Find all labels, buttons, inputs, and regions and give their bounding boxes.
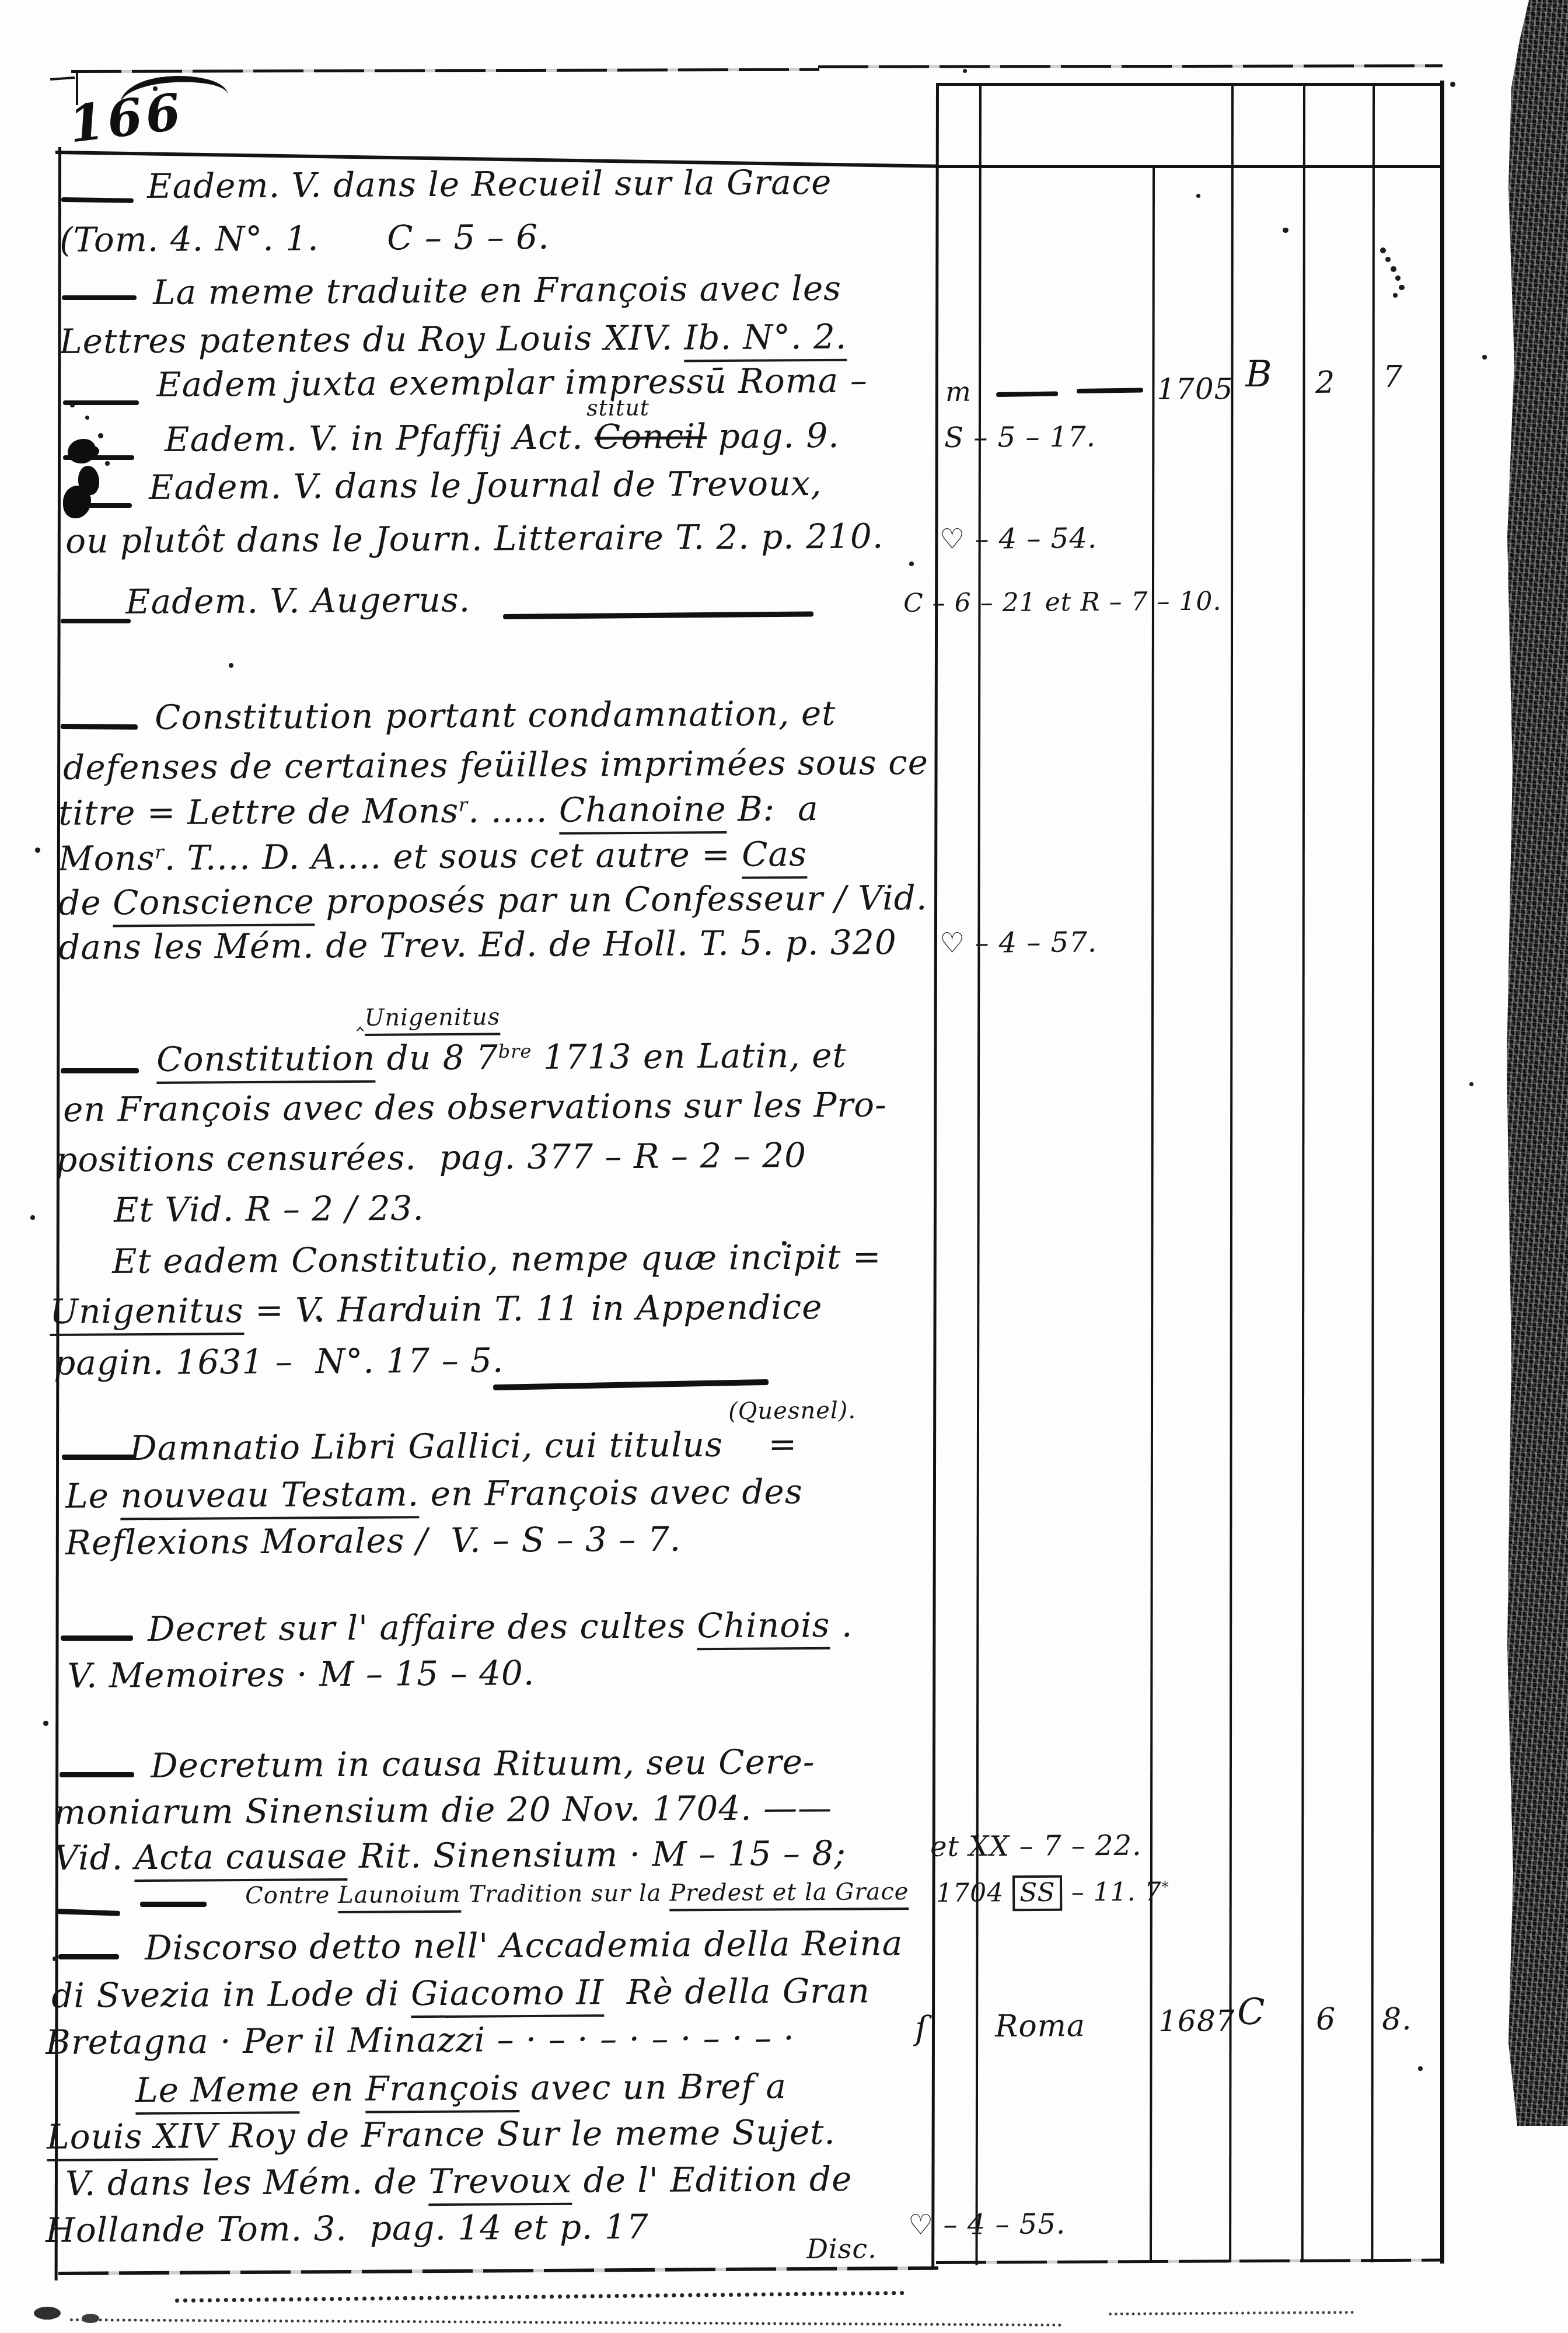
ink-speck	[1385, 257, 1391, 262]
entry1-line2: (Tom. 4. N°. 1. C – 5 – 6.	[60, 220, 550, 257]
entry7-line1: Constitution portant condamnation, et	[155, 696, 836, 734]
entry11-line3: Vid. Acta causae Rit. Sinensium · M – 15…	[54, 1836, 846, 1875]
column-rule-d	[1229, 85, 1234, 2262]
entry14-line1: Le Meme en François avec un Bref a	[135, 2069, 787, 2107]
ink-speck	[153, 86, 158, 91]
col-shelfmark-1704-ss: 1704 SS – 11. 7*	[936, 1879, 1169, 1906]
entry7-line2: defenses de certaines feüilles imprimées…	[63, 745, 928, 784]
entry8-line4: Et Vid. R – 2 ∕ 23.	[114, 1191, 424, 1227]
entry7-line3: titre = Lettre de Monsr. ..... Chanoine …	[58, 791, 819, 830]
col-num-6: 6	[1316, 2004, 1336, 2035]
entry13-line2: di Svezia in Lode di Giacomo II Rè della…	[51, 1973, 870, 2013]
column-rule-c	[1150, 166, 1155, 2263]
entry7-line4: Monsr. T.... D. A.... et sous cet autre …	[58, 837, 807, 876]
col-num-2: 2	[1315, 368, 1335, 398]
col-place-roma: Roma	[995, 2011, 1085, 2042]
entry4-line1: Eadem. V. in Pfaffij Act. Concil pag. 9.	[165, 419, 840, 456]
entry8-line1: Constitution du 8 7bre 1713 en Latin, et	[156, 1038, 847, 1076]
entry14-line4: Hollande Tom. 3. pag. 14 et p. 17	[46, 2210, 649, 2247]
ink-speck	[1399, 285, 1405, 290]
ink-blot	[88, 446, 99, 456]
ink-speck	[35, 848, 40, 853]
entry9-interline-author: (Quesnel).	[728, 1399, 856, 1423]
ink-speck	[1393, 293, 1398, 298]
col-shelfmark-heart-4-55: ♡ – 4 – 55.	[908, 2210, 1066, 2239]
col-ditto-dash-1	[996, 392, 1058, 397]
entry2-line2: Lettres patentes du Roy Louis XIV. Ib. N…	[60, 320, 847, 358]
entry10-dash	[61, 1635, 133, 1641]
ink-speck	[1469, 1082, 1473, 1086]
entry6-line1: Eadem. V. Augerus.	[125, 583, 482, 619]
pen-flourish	[118, 71, 229, 110]
ink-speck	[98, 433, 103, 438]
scan-smudge	[175, 2291, 905, 2303]
col-letter-B: B	[1245, 356, 1273, 392]
ink-speck	[70, 403, 75, 407]
entry2-line1: La meme traduite en François avec les	[153, 271, 841, 309]
col-mark-m: m	[945, 378, 972, 405]
entry13-line1: Discorso detto nell' Accademia della Rei…	[145, 1926, 903, 1965]
table-right-edge-rule	[1440, 81, 1444, 2264]
scan-smudge	[1109, 2311, 1354, 2315]
ink-speck	[1391, 266, 1396, 272]
entry8-line2: en François avec des observations sur le…	[63, 1087, 887, 1127]
entry8-line3: positions censurées. pag. 377 – R – 2 – …	[55, 1138, 806, 1177]
entry9-line1: Damnatio Libri Gallici, cui titulus =	[130, 1427, 797, 1465]
col-shelfmark-heart-4-54: ♡ – 4 – 54.	[940, 524, 1097, 553]
col-letter-C: C	[1237, 1994, 1266, 2030]
ink-speck	[1450, 82, 1455, 87]
ink-speck	[963, 69, 967, 73]
entry9-dash	[62, 1455, 134, 1460]
top-edge-mark	[50, 76, 75, 81]
top-edge-rule-left	[71, 68, 819, 73]
col-shelfmark-xx-7-22: et XX – 7 – 22.	[930, 1832, 1141, 1861]
entry8-filler-line	[493, 1379, 769, 1390]
ink-speck	[1482, 355, 1487, 360]
entry12-dash-1	[57, 1909, 120, 1916]
ink-speck	[1418, 2066, 1423, 2071]
top-edge-rule-right	[818, 64, 1443, 68]
entry11-line2: moniarum Sinensium die 20 Nov. 1704. ——	[54, 1791, 832, 1829]
entry13-line3: Bretagna · Per il Minazzi – · – · – · – …	[46, 2021, 795, 2059]
col-shelfmark-c-6-21: C – 6 – 21 et R – 7 – 10.	[903, 589, 1222, 616]
entry10-line1: Decret sur l' affaire des cultes Chinois…	[148, 1608, 853, 1646]
entry5-line1: Eadem. V. dans le Journal de Trevoux,	[149, 466, 822, 504]
col-shelfmark-heart-4-57: ♡ – 4 – 57.	[940, 928, 1097, 957]
entry6-dash	[61, 619, 131, 623]
entry5-line2: ou plutôt dans le Journ. Litteraire T. 2…	[65, 519, 883, 558]
scan-smudge-blob	[34, 2307, 61, 2320]
entry14-line3: V. dans les Mém. de Trevoux de l' Editio…	[65, 2162, 853, 2201]
entry6-filler-line	[503, 611, 813, 619]
bottom-rule-columns	[936, 2258, 1444, 2264]
col-year-1687: 1687	[1158, 2006, 1235, 2036]
top-edge-tick	[76, 71, 78, 105]
entry13-dash	[58, 1954, 119, 1959]
entry11-line1: Decretum in causa Rituum, seu Cere-	[151, 1745, 815, 1783]
entry8-line5: Et eadem Constitutio, nempe quæ incipit …	[112, 1240, 882, 1278]
column-rule-e	[1301, 84, 1305, 2262]
scan-smudge	[70, 2318, 1062, 2327]
entry8-line6: Unigenitus = V. Harduin T. 11 in Appendi…	[50, 1290, 823, 1328]
entry8-interline-title: ‸Unigenitus	[356, 1005, 500, 1030]
entry10-line2: V. Memoires · M – 15 – 40.	[67, 1656, 535, 1693]
entry9-line2: Le nouveau Testam. en François avec des	[65, 1474, 803, 1513]
book-gutter-shadow	[1504, 0, 1568, 2126]
entry1-line1: Eadem. V. dans le Recueil sur la Grace	[147, 165, 832, 203]
ink-speck	[1380, 247, 1386, 253]
entry7-dash	[61, 724, 138, 730]
ink-speck	[85, 416, 89, 420]
entry14-note-disc: Disc.	[806, 2235, 877, 2262]
col-num-7: 7	[1383, 362, 1403, 392]
ink-speck	[1395, 276, 1401, 281]
column-rule-b	[975, 85, 982, 2265]
col-year-1705: 1705	[1157, 374, 1234, 404]
entry12-dash-2	[140, 1902, 207, 1907]
entry8-dash	[61, 1068, 139, 1073]
entry7-line5: de Conscience proposés par un Confesseur…	[58, 881, 927, 920]
col-ditto-dash-2	[1077, 388, 1143, 393]
entry14-line2: Louis XIV Roy de France Sur le meme Suje…	[47, 2115, 836, 2154]
manuscript-page: 166	[0, 0, 1568, 2333]
ink-speck	[1196, 194, 1200, 198]
ink-speck	[53, 1957, 57, 1961]
header-rule-columns	[936, 165, 1443, 168]
column-rule-a	[931, 85, 939, 2266]
scan-smudge-blob	[82, 2314, 99, 2323]
table-top-rule	[936, 83, 1443, 86]
entry1-dash	[61, 197, 134, 203]
ink-blot	[63, 486, 91, 518]
ink-speck	[105, 461, 110, 466]
entry2-dash	[62, 295, 137, 300]
entry7-line6: dans les Mém. de Trev. Ed. de Holl. T. 5…	[58, 925, 897, 964]
entry12-line1: Contre Launoium Tradition sur la Predest…	[245, 1880, 909, 1907]
ink-speck	[229, 663, 233, 668]
scanned-manuscript-screenshot: { "page": { "number": "166" }, "colors":…	[0, 0, 1568, 2333]
entry11-dash	[60, 1772, 134, 1777]
bottom-rule-main	[58, 2266, 938, 2275]
entry8-line7: pagin. 1631 – N°. 17 – 5.	[54, 1343, 504, 1380]
ink-speck	[1283, 228, 1288, 233]
ink-speck	[30, 1215, 35, 1220]
col-mark-f: ſ	[915, 2013, 928, 2045]
entry9-line3: Reflexions Morales ∕ V. – S – 3 – 7.	[65, 1522, 681, 1560]
col-num-8: 8.	[1382, 2004, 1412, 2035]
entry3-line1: Eadem juxta exemplar impressū Roma –	[156, 364, 868, 402]
col-shelfmark-s-5-17: S – 5 – 17.	[944, 423, 1096, 452]
entry4-interline-correction: stitut	[586, 396, 649, 419]
ink-speck	[43, 1721, 48, 1726]
column-rule-f	[1371, 83, 1375, 2262]
ink-speck	[909, 562, 914, 566]
